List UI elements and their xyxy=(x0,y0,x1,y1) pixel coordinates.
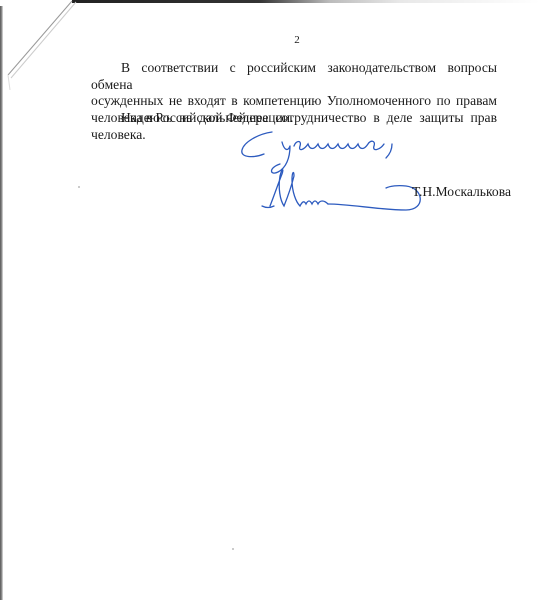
folded-corner xyxy=(0,0,80,90)
paragraph-line: В соответствии с российским законодатель… xyxy=(91,60,497,93)
handwritten-signature xyxy=(230,128,450,218)
paragraph-line: осужденных не входят в компетенцию Уполн… xyxy=(91,93,497,110)
scan-edge-left xyxy=(0,6,3,600)
scan-speck xyxy=(78,186,80,188)
signer-name: Т.Н.Москалькова xyxy=(412,184,511,200)
page-number: 2 xyxy=(290,34,304,46)
scan-edge-top xyxy=(72,0,540,3)
scan-speck xyxy=(232,548,234,550)
